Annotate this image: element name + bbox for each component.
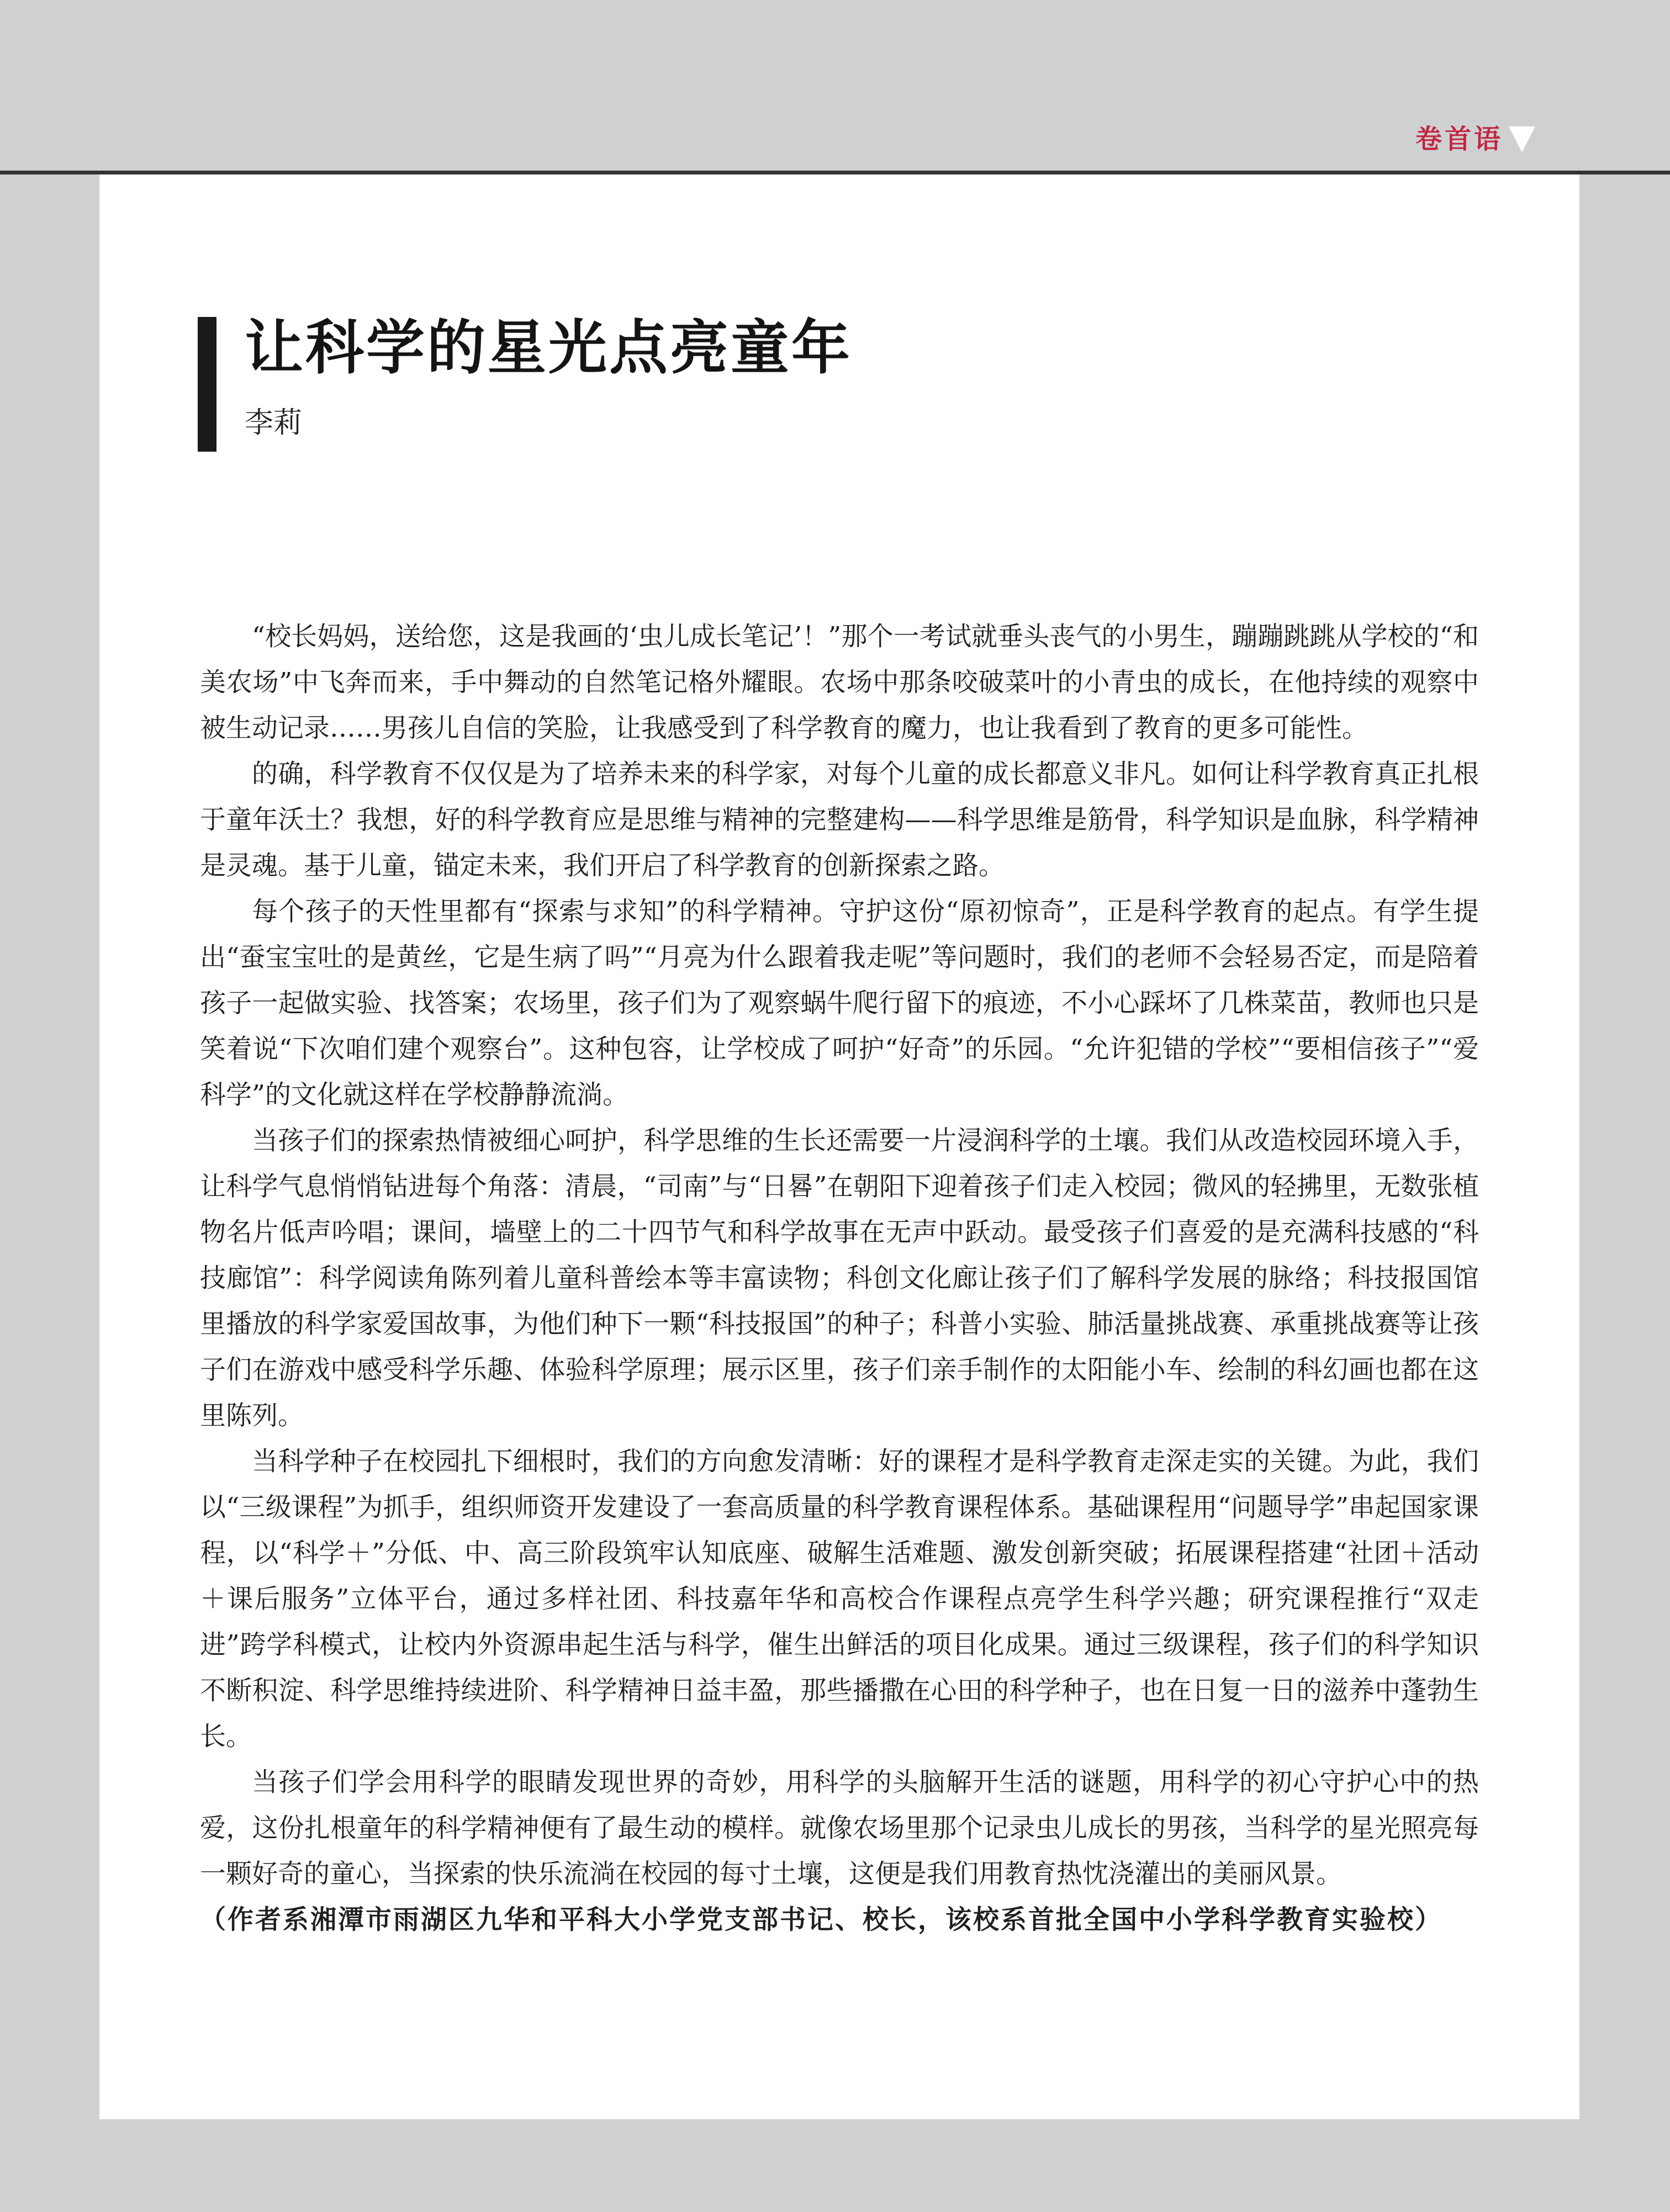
title-texts: 让科学的星光点亮童年 李莉 bbox=[245, 317, 852, 452]
header-rule bbox=[0, 171, 1670, 174]
attribution-line: （作者系湘潭市雨湖区九华和平科大小学党支部书记、校长，该校系首批全国中小学科学教… bbox=[200, 1897, 1479, 1943]
section-header: 卷首语 bbox=[1415, 126, 1535, 152]
paragraph-2: 的确，科学教育不仅仅是为了培养未来的科学家，对每个儿童的成长都意义非凡。如何让科… bbox=[200, 751, 1479, 888]
section-label: 卷首语 bbox=[1415, 126, 1503, 152]
triangle-down-icon bbox=[1509, 126, 1535, 152]
paragraph-6: 当孩子们学会用科学的眼睛发现世界的奇妙，用科学的头脑解开生活的谜题，用科学的初心… bbox=[200, 1759, 1479, 1897]
magazine-page: { "page_header": { "section_label": "卷首语… bbox=[0, 0, 1670, 2212]
article-page: 让科学的星光点亮童年 李莉 “校长妈妈，送给您，这是我画的‘虫儿成长笔记’！”那… bbox=[99, 174, 1579, 2119]
title-block: 让科学的星光点亮童年 李莉 bbox=[198, 317, 852, 452]
paragraph-4: 当孩子们的探索热情被细心呵护，科学思维的生长还需要一片浸润科学的土壤。我们从改造… bbox=[200, 1118, 1479, 1438]
article-body: “校长妈妈，送给您，这是我画的‘虫儿成长笔记’！”那个一考试就垂头丧气的小男生，… bbox=[200, 613, 1479, 1943]
article-title: 让科学的星光点亮童年 bbox=[245, 317, 852, 379]
paragraph-5: 当科学种子在校园扎下细根时，我们的方向愈发清晰：好的课程才是科学教育走深走实的关… bbox=[200, 1438, 1479, 1759]
paragraph-3: 每个孩子的天性里都有“探索与求知”的科学精神。守护这份“原初惊奇”，正是科学教育… bbox=[200, 888, 1479, 1118]
title-accent-bar bbox=[198, 317, 216, 452]
article-author: 李莉 bbox=[245, 409, 852, 437]
paragraph-1: “校长妈妈，送给您，这是我画的‘虫儿成长笔记’！”那个一考试就垂头丧气的小男生，… bbox=[200, 613, 1479, 751]
